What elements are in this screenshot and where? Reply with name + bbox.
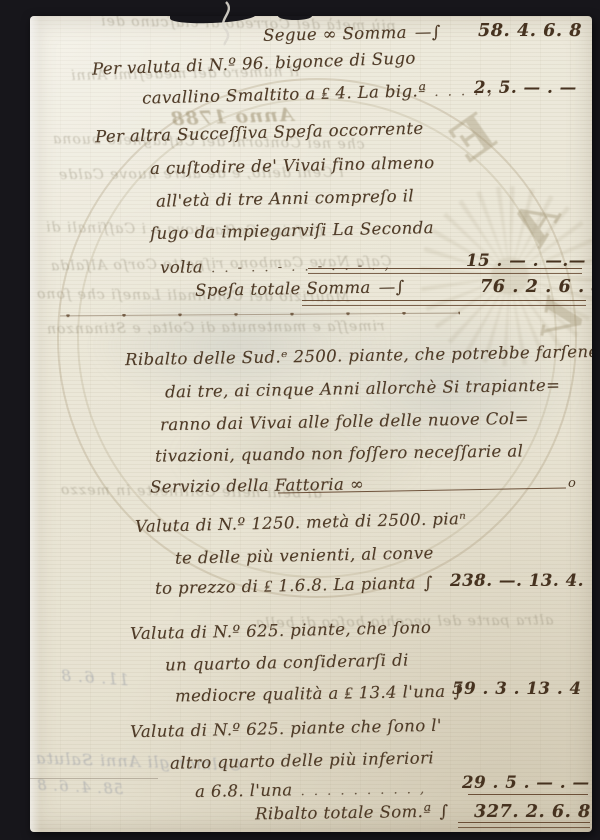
ledger-line: to prezzo di ₤ 1.6.8. La pianta∫: [155, 573, 433, 599]
ledger-line-text: to prezzo di ₤ 1.6.8. La pianta: [155, 573, 416, 597]
scanner-background: E A V Anno 1788 più metà del Corredo di …: [0, 0, 600, 840]
manuscript-page: E A V Anno 1788 più metà del Corredo di …: [30, 16, 592, 832]
ledger-line-text: Speſa totale Somma: [195, 278, 371, 300]
ledger-line-leaders: . . . . . . . . . ,: [300, 782, 426, 799]
double-rule-above-total: [308, 268, 582, 274]
ledger-line: Valuta di N.º 625. piante che ſono l': [130, 716, 442, 742]
ledger-line-value: 76 . 2 . 6 . 8: [480, 277, 592, 297]
ledger-line: Segue ∞ Somma—∫: [263, 22, 441, 45]
ledger-line-text: volta: [160, 257, 203, 277]
ledger-line-text: Segue ∞ Somma: [263, 23, 407, 45]
ledger-line-text: Valuta di N.º 625. piante, che ſono: [130, 618, 432, 643]
ledger-line-value: 2. 5. — . —: [474, 78, 577, 97]
ledger-line: Ribalto totale Som.ª∫: [255, 802, 449, 824]
ledger-line-value: 29 . 5 . — . —: [462, 773, 590, 792]
ledger-line-text: Ribalto totale Som.ª: [255, 802, 432, 823]
bleed-fragment: rimeſſa e mantenuta di Colta, e Stinanzo…: [46, 319, 385, 338]
ledger-line-tail: ∫: [439, 802, 448, 821]
ledger-line-text: a 6.8. l'una: [195, 780, 293, 801]
ledger-line: Speſa totale Somma—∫: [195, 277, 405, 300]
ledger-line-value: 59 . 3 . 13 . 4: [452, 679, 582, 698]
ledger-line-text: altro quarto delle più inferiori: [170, 748, 434, 773]
ledger-line-text: Servizio della Fattoria ∞: [150, 475, 364, 497]
ledger-line-value: 327. 2. 6. 8: [474, 802, 591, 822]
rule-above-final-total: [468, 794, 588, 795]
ledger-line: un quarto da conſiderarſi di: [165, 650, 409, 674]
ledger-line-tail: ∫: [424, 573, 433, 592]
ledger-line-tail: —∫: [379, 277, 405, 296]
ledger-line-text: Valuta di N.º 625. piante che ſono l': [130, 716, 442, 742]
bleed-number: 11. 6. 8: [59, 666, 129, 690]
ledger-line-text: mediocre qualità a ₤ 13.4 l'una: [175, 682, 446, 706]
ledger-line: Servizio della Fattoria ∞: [150, 475, 364, 497]
page-edge-highlight: [30, 16, 41, 832]
ledger-line-value: 238. —. 13. 4.: [450, 571, 584, 590]
ledger-line: altro quarto delle più inferiori: [170, 748, 434, 773]
ledger-line-text: un quarto da conſiderarſi di: [165, 650, 409, 674]
paper-thread: [196, 0, 256, 46]
bleed-number: 58. 4. 6. 8: [36, 776, 124, 799]
flourish-terminal: o: [568, 476, 576, 491]
ledger-line-value: 58. 4. 6. 8: [478, 21, 582, 41]
scan-crease-line: [30, 778, 158, 779]
ledger-line: a 6.8. l'una. . . . . . . . . ,: [195, 778, 427, 801]
double-rule-final-total: [458, 822, 590, 828]
ledger-line-tail: —∫: [415, 22, 441, 42]
ledger-line: Valuta di N.º 625. piante, che ſono: [130, 618, 432, 643]
ledger-line: mediocre qualità a ₤ 13.4 l'una∫: [175, 681, 463, 706]
double-rule-below-total: [302, 300, 586, 306]
